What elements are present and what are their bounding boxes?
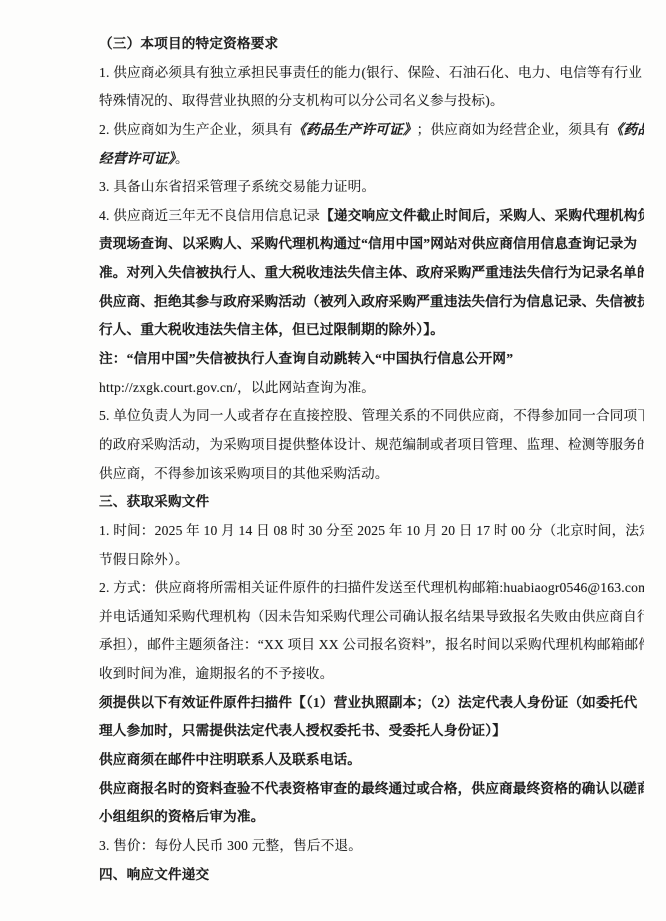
bracketed-bold-text: 供应商、拒绝其参与政府采购活动（被列入政府采购严重违法失信行为信息记录、失信被执 — [99, 294, 644, 309]
section-3-heading: 三、获取采购文件 — [99, 488, 644, 517]
document-line: 4. 供应商近三年无不良信用信息记录【递交响应文件截止时间后，采购人、采购代理机… — [99, 202, 644, 231]
document-line: 的政府采购活动，为采购项目提供整体设计、规范编制或者项目管理、监理、检测等服务的 — [99, 431, 644, 460]
line-text: 承担），邮件主题须备注：“XX 项目 XX 公司报名资料”，报名时间以采购代理机… — [99, 637, 644, 652]
line-text: 供应商，不得参加该采购项目的其他采购活动。 — [99, 466, 389, 481]
line-text: 1. 供应商必须具有独立承担民事责任的能力(银行、保险、石油石化、电力、电信等有… — [99, 65, 642, 80]
heading-text: 四、响应文件递交 — [99, 867, 209, 882]
line-text: 小组组织的资格后审为准。 — [99, 809, 265, 824]
book-title-text: 经营许可证》 — [99, 151, 175, 166]
document-line: 理人参加时，只需提供法定代表人授权委托书、受委托人身份证）】 — [99, 717, 644, 746]
document-content: （三）本项目的特定资格要求 1. 供应商必须具有独立承担民事责任的能力(银行、保… — [99, 30, 644, 889]
section-c-heading: （三）本项目的特定资格要求 — [99, 30, 644, 59]
document-line: 供应商、拒绝其参与政府采购活动（被列入政府采购严重违法失信行为信息记录、失信被执 — [99, 288, 644, 317]
line-text: 供应商报名时的资料查验不代表资格审查的最终通过或合格，供应商最终资格的确认以磋商 — [99, 781, 644, 796]
line-text: 的政府采购活动，为采购项目提供整体设计、规范编制或者项目管理、监理、检测等服务的 — [99, 437, 644, 452]
document-line: 1. 供应商必须具有独立承担民事责任的能力(银行、保险、石油石化、电力、电信等有… — [99, 59, 644, 88]
line-text: 3. 售价：每份人民币 300 元整，售后不退。 — [99, 838, 362, 853]
note-line: 注：“信用中国”失信被执行人查询自动跳转入“中国执行信息公开网” — [99, 345, 644, 374]
bracketed-bold-text: 责现场查询、以采购人、采购代理机构通过“信用中国”网站对供应商信用信息查询记录为 — [99, 236, 637, 251]
line-text: 4. 供应商近三年无不良信用信息记录 — [99, 208, 320, 223]
document-line: 并电话通知采购代理机构（因未告知采购代理公司确认报名结果导致报名失败由供应商自行 — [99, 603, 644, 632]
document-line: 供应商须在邮件中注明联系人及联系电话。 — [99, 746, 644, 775]
book-title-text: 《药品生产许可证》 — [293, 122, 417, 137]
line-text: 3. 具备山东省招采管理子系统交易能力证明。 — [99, 179, 375, 194]
heading-text: （三）本项目的特定资格要求 — [99, 36, 278, 51]
document-line: 经营许可证》。 — [99, 145, 644, 174]
document-line: 承担），邮件主题须备注：“XX 项目 XX 公司报名资料”，报名时间以采购代理机… — [99, 631, 644, 660]
note-text: 注：“信用中国”失信被执行人查询自动跳转入“中国执行信息公开网” — [99, 351, 513, 366]
book-title-text: 《药品 — [610, 122, 644, 137]
line-text: 并电话通知采购代理机构（因未告知采购代理公司确认报名结果导致报名失败由供应商自行 — [99, 609, 644, 624]
line-text: 2. 供应商如为生产企业，须具有 — [99, 122, 293, 137]
document-line: 须提供以下有效证件原件扫描件【（1）营业执照副本；（2）法定代表人身份证（如委托… — [99, 689, 644, 718]
bracketed-bold-text: 【递交响应文件截止时间后，采购人、采购代理机构负 — [320, 208, 644, 223]
document-line: 2. 供应商如为生产企业，须具有《药品生产许可证》；供应商如为经营企业，须具有《… — [99, 116, 644, 145]
document-line: 2. 方式：供应商将所需相关证件原件的扫描件发送至代理机构邮箱:huabiaog… — [99, 574, 644, 603]
document-line: 3. 具备山东省招采管理子系统交易能力证明。 — [99, 173, 644, 202]
document-line: 收到时间为准，逾期报名的不予接收。 — [99, 660, 644, 689]
bracketed-bold-text: 理人参加时，只需提供法定代表人授权委托书、受委托人身份证）】 — [99, 723, 506, 738]
bracketed-bold-text: 行人、重大税收违法失信主体，但已过限制期的除外）】。 — [99, 322, 444, 337]
document-line: 特殊情况的、取得营业执照的分支机构可以分公司名义参与投标)。 — [99, 87, 644, 116]
url-text: http://zxgk.court.gov.cn/，以此网站查询为准。 — [99, 380, 375, 395]
bracketed-bold-text: 须提供以下有效证件原件扫描件【（1）营业执照副本；（2）法定代表人身份证（如委托… — [99, 695, 637, 710]
url-line: http://zxgk.court.gov.cn/，以此网站查询为准。 — [99, 374, 644, 403]
document-line: 5. 单位负责人为同一人或者存在直接控股、管理关系的不同供应商，不得参加同一合同… — [99, 402, 644, 431]
bracketed-bold-text: 准。对列入失信被执行人、重大税收违法失信主体、政府采购严重违法失信行为记录名单的 — [99, 265, 644, 280]
document-line: 供应商，不得参加该采购项目的其他采购活动。 — [99, 460, 644, 489]
document-line: 供应商报名时的资料查验不代表资格审查的最终通过或合格，供应商最终资格的确认以磋商 — [99, 775, 644, 804]
document-line: 准。对列入失信被执行人、重大税收违法失信主体、政府采购严重违法失信行为记录名单的 — [99, 259, 644, 288]
line-text: 5. 单位负责人为同一人或者存在直接控股、管理关系的不同供应商，不得参加同一合同… — [99, 408, 644, 423]
heading-text: 三、获取采购文件 — [99, 494, 209, 509]
line-text: 节假日除外）。 — [99, 552, 189, 567]
line-text: 。 — [175, 151, 189, 166]
section-4-heading: 四、响应文件递交 — [99, 861, 644, 890]
line-text: ；供应商如为经营企业，须具有 — [417, 122, 610, 137]
document-line: 责现场查询、以采购人、采购代理机构通过“信用中国”网站对供应商信用信息查询记录为 — [99, 230, 644, 259]
document-page: （三）本项目的特定资格要求 1. 供应商必须具有独立承担民事责任的能力(银行、保… — [0, 0, 666, 921]
line-text: 2. 方式：供应商将所需相关证件原件的扫描件发送至代理机构邮箱:huabiaog… — [99, 580, 644, 595]
document-line: 小组组织的资格后审为准。 — [99, 803, 644, 832]
line-text: 1. 时间：2025 年 10 月 14 日 08 时 30 分至 2025 年… — [99, 523, 644, 538]
document-line: 3. 售价：每份人民币 300 元整，售后不退。 — [99, 832, 644, 861]
line-text: 供应商须在邮件中注明联系人及联系电话。 — [99, 752, 361, 767]
document-line: 行人、重大税收违法失信主体，但已过限制期的除外）】。 — [99, 316, 644, 345]
document-line: 节假日除外）。 — [99, 546, 644, 575]
line-text: 特殊情况的、取得营业执照的分支机构可以分公司名义参与投标)。 — [99, 93, 504, 108]
line-text: 收到时间为准，逾期报名的不予接收。 — [99, 666, 334, 681]
document-line: 1. 时间：2025 年 10 月 14 日 08 时 30 分至 2025 年… — [99, 517, 644, 546]
